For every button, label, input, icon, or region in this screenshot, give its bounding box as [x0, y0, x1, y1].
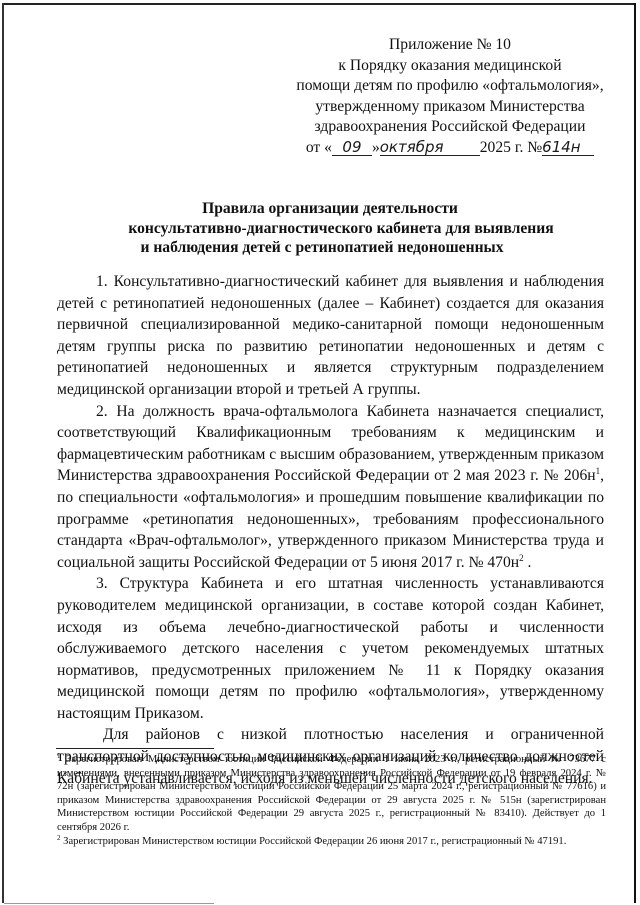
scan-border [2, 3, 4, 903]
paragraph-text: 2. На должность врача-офтальмолога Кабин… [57, 403, 604, 485]
header-line: к Порядку оказания медицинской [290, 56, 610, 77]
order-date-line: от «09»октября2025 г. №614н [290, 138, 610, 159]
header-line: здравоохранения Российской Федерации [290, 117, 610, 138]
footnote-separator [56, 748, 214, 749]
header-line: помощи детям по профилю «офтальмология», [290, 76, 610, 97]
handwritten-day: 09 [332, 139, 372, 156]
paragraph-2: 2. На должность врача-офтальмолога Кабин… [57, 401, 604, 574]
footnote-text: Зарегистрирован Министерством юстиции Ро… [61, 836, 567, 847]
footnote-2: 2 Зарегистрирован Министерством юстиции … [57, 835, 606, 849]
title-line: консультативно-диагностического кабинета… [82, 219, 600, 239]
paragraph-text: . [524, 554, 532, 571]
title-line: Правила организации деятельности [60, 199, 600, 219]
appendix-header: Приложение № 10 к Порядку оказания медиц… [290, 35, 610, 159]
scan-border [4, 903, 214, 904]
header-line: утвержденному приказом Министерства [290, 97, 610, 118]
date-year: 2025 г. № [480, 139, 542, 156]
date-prefix: от « [306, 139, 332, 156]
scan-border [634, 3, 636, 903]
handwritten-month: октября [380, 139, 480, 156]
paragraph-3: 3. Структура Кабинета и его штатная числ… [57, 573, 604, 724]
title-line: и наблюдения детей с ретинопатией недоно… [60, 238, 584, 258]
handwritten-order-number: 614н [542, 139, 594, 156]
footnote-text: Зарегистрирован Министерством юстиции Ро… [57, 754, 606, 833]
document-title: Правила организации деятельности консуль… [60, 199, 600, 258]
footnotes: 1 Зарегистрирован Министерством юстиции … [57, 753, 606, 848]
footnote-1: 1 Зарегистрирован Министерством юстиции … [57, 753, 606, 835]
date-mid: » [372, 139, 380, 156]
appendix-number: Приложение № 10 [290, 35, 610, 56]
document-body: 1. Консультативно-диагностический кабине… [57, 271, 604, 789]
paragraph-1: 1. Консультативно-диагностический кабине… [57, 271, 604, 401]
scan-border [2, 3, 636, 5]
document-page: Приложение № 10 к Порядку оказания медиц… [0, 0, 640, 905]
